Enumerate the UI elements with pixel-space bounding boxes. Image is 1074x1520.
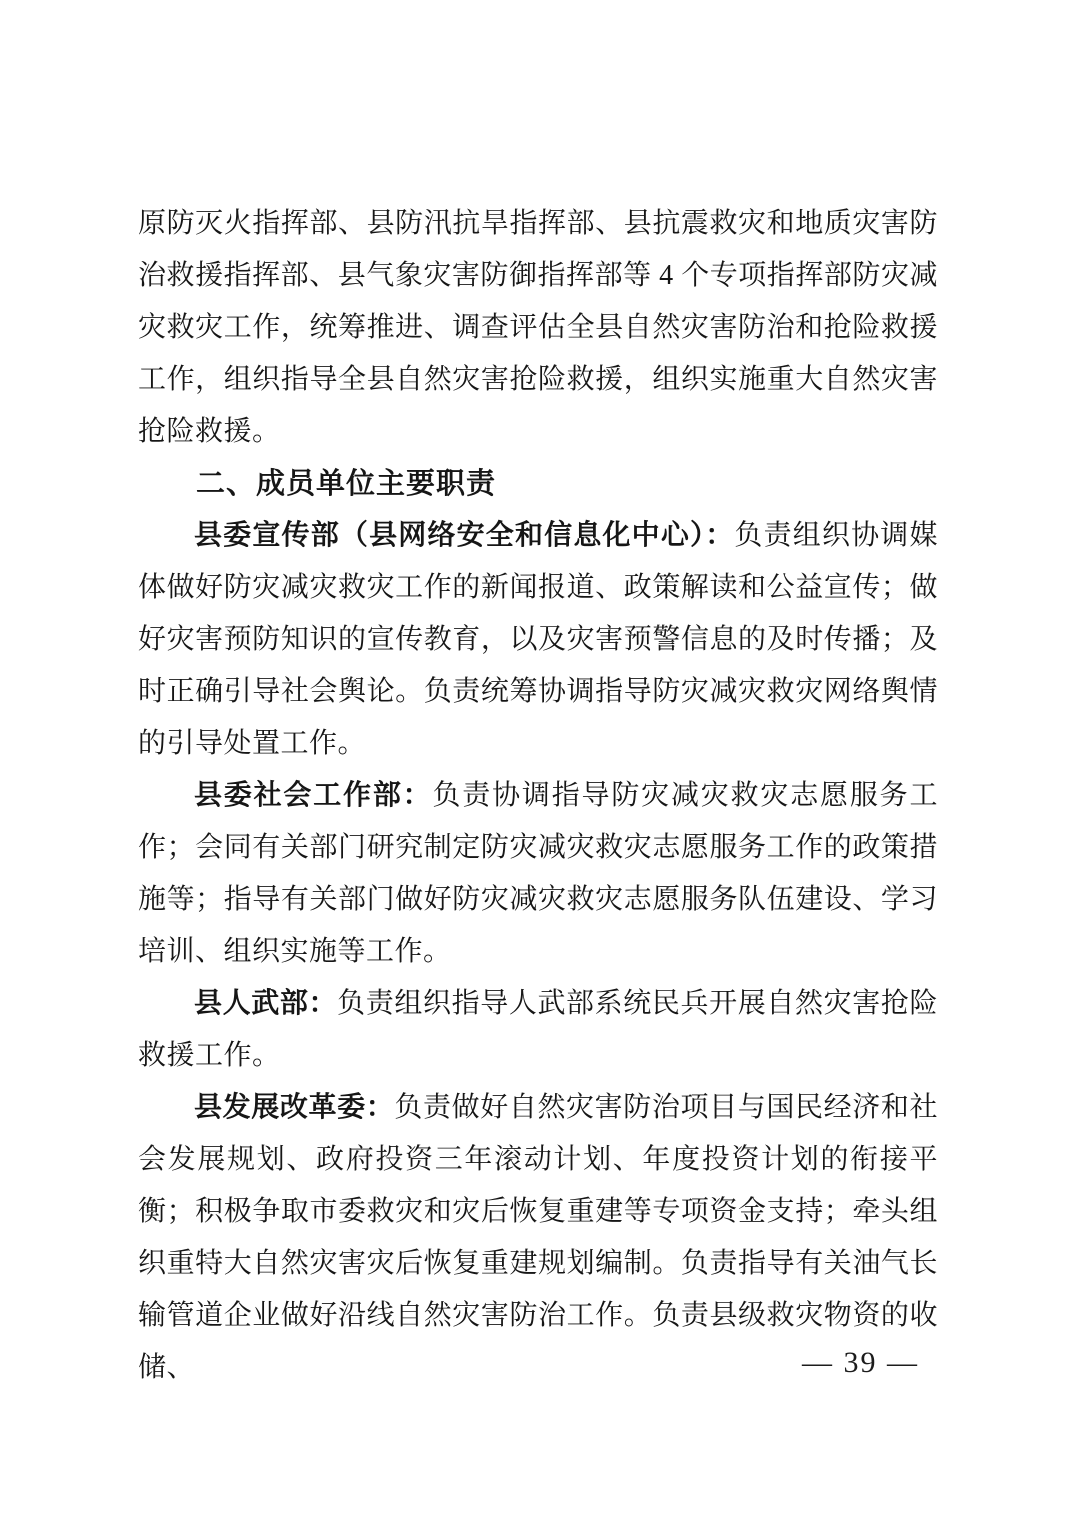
entry-paragraph: 县委社会工作部：负责协调指导防灾减灾救灾志愿服务工作；会同有关部门研究制定防灾减…	[138, 770, 938, 978]
entry-lead: 县委宣传部（县网络安全和信息化中心）：	[194, 520, 734, 551]
entry-paragraph: 县人武部：负责组织指导人武部系统民兵开展自然灾害抢险救援工作。	[138, 978, 938, 1082]
document-body: 原防灭火指挥部、县防汛抗旱指挥部、县抗震救灾和地质灾害防治救援指挥部、县气象灾害…	[138, 198, 938, 1394]
entry-lead: 县发展改革委：	[194, 1092, 394, 1123]
continuation-paragraph: 原防灭火指挥部、县防汛抗旱指挥部、县抗震救灾和地质灾害防治救援指挥部、县气象灾害…	[138, 198, 938, 458]
entry-paragraph: 县委宣传部（县网络安全和信息化中心）：负责组织协调媒体做好防灾减灾救灾工作的新闻…	[138, 510, 938, 770]
entry-lead: 县委社会工作部：	[194, 780, 433, 811]
document-page: 原防灭火指挥部、县防汛抗旱指挥部、县抗震救灾和地质灾害防治救援指挥部、县气象灾害…	[0, 0, 1074, 1520]
section-heading: 二、成员单位主要职责	[138, 458, 938, 510]
page-number: — 39 —	[802, 1346, 919, 1380]
entry-body: 负责组织协调媒体做好防灾减灾救灾工作的新闻报道、政策解读和公益宣传；做好灾害预防…	[138, 520, 938, 759]
entry-body: 负责做好自然灾害防治项目与国民经济和社会发展规划、政府投资三年滚动计划、年度投资…	[138, 1092, 938, 1383]
entry-lead: 县人武部：	[194, 988, 337, 1019]
